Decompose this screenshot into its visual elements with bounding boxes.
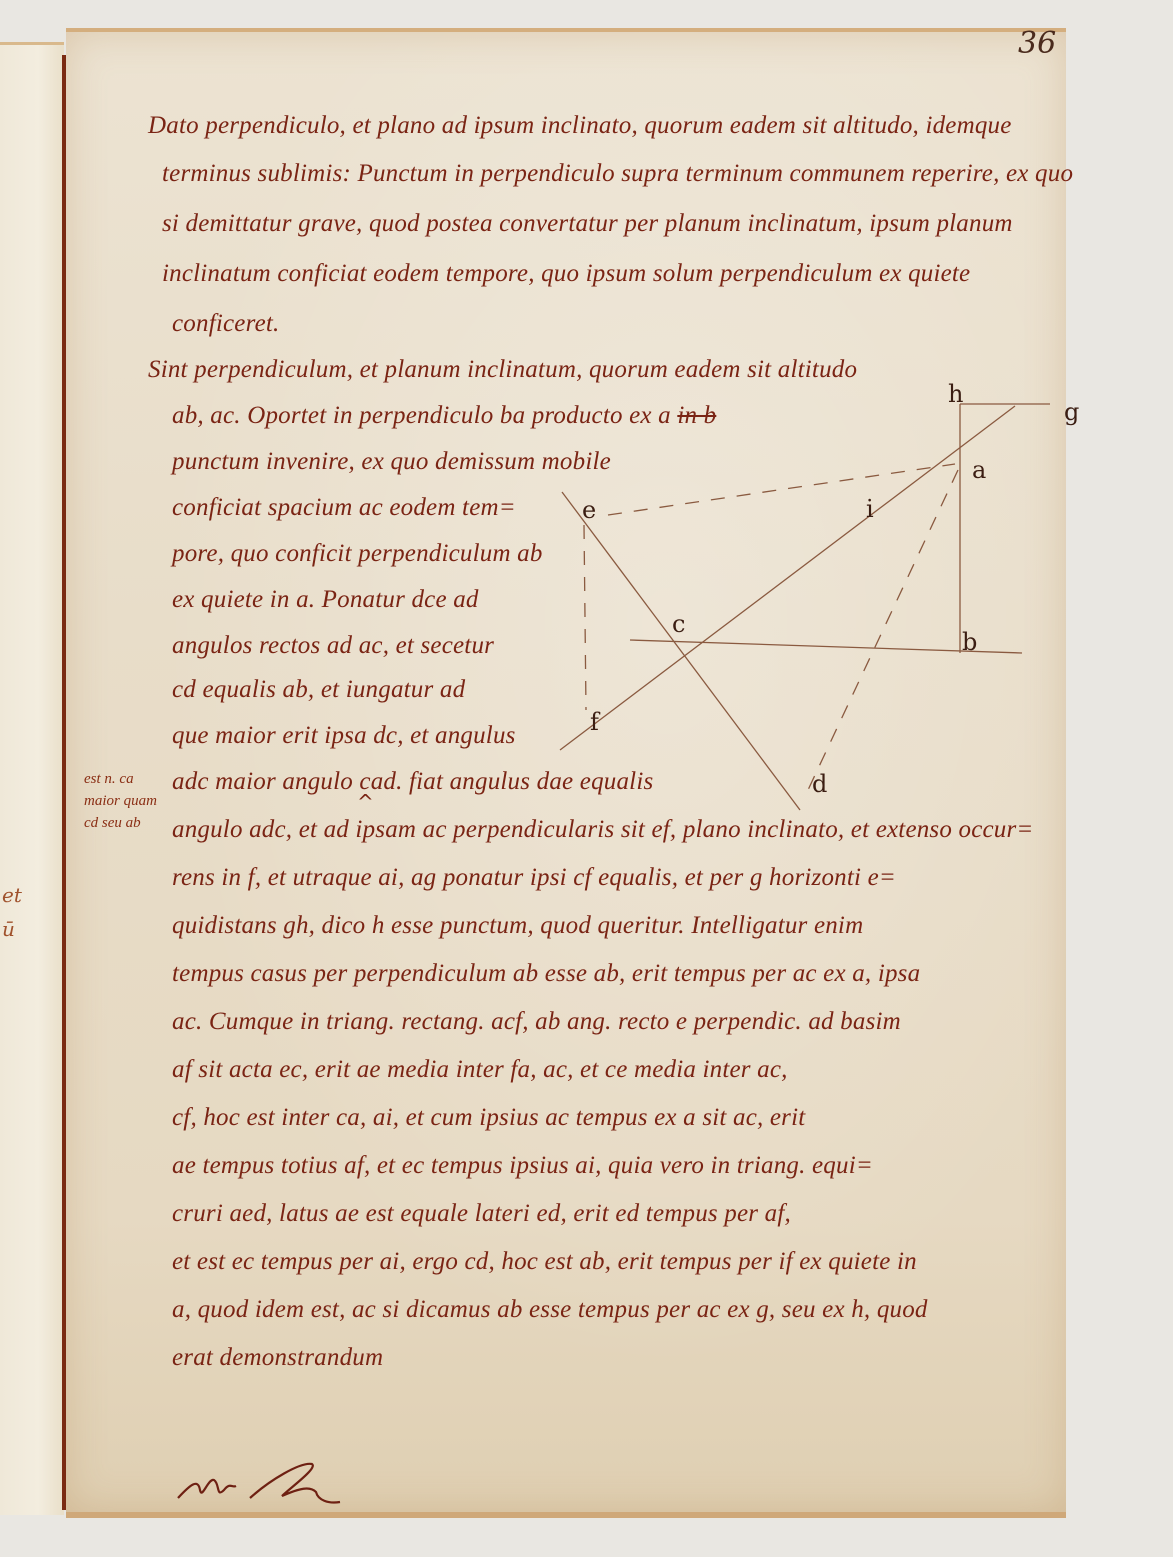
insertion-caret: ^: [357, 790, 374, 814]
left-page-fragment: et: [2, 883, 22, 907]
heading-line: Dato perpendiculo, et plano ad ipsum inc…: [148, 112, 1012, 140]
body-line: cd equalis ab, et iungatur ad: [172, 676, 465, 704]
body-line: conficiat spacium ac eodem tem=: [172, 494, 516, 522]
body-line: ex quiete in a. Ponatur dce ad: [172, 586, 479, 614]
body-line: angulos rectos ad ac, et secetur: [172, 632, 494, 660]
margin-note-line: est n. ca: [84, 768, 157, 790]
struck-text: in b: [677, 402, 716, 429]
margin-note-line: cd seu ab: [84, 812, 157, 834]
body-line: erat demonstrandum: [172, 1344, 383, 1372]
heading-line: si demittatur grave, quod postea convert…: [162, 210, 1013, 238]
body-line: rens in f, et utraque ai, ag ponatur ips…: [172, 864, 896, 892]
body-line: ac. Cumque in triang. rectang. acf, ab a…: [172, 1008, 901, 1036]
body-line: Sint perpendiculum, et planum inclinatum…: [148, 356, 857, 384]
point-label-g: g: [1064, 398, 1079, 426]
left-facing-page: et ū: [0, 42, 64, 1515]
body-line: tempus casus per perpendiculum ab esse a…: [172, 960, 920, 988]
heading-line: conficeret.: [172, 310, 279, 338]
body-line-text: ab, ac. Oportet in perpendiculo ba produ…: [172, 402, 671, 429]
body-line: a, quod idem est, ac si dicamus ab esse …: [172, 1296, 928, 1324]
body-line: ae tempus totius af, et ec tempus ipsius…: [172, 1152, 873, 1180]
body-line: pore, quo conficit perpendiculum ab: [172, 540, 543, 568]
body-line: quidistans gh, dico h esse punctum, quod…: [172, 912, 863, 940]
body-line: punctum invenire, ex quo demissum mobile: [172, 448, 611, 476]
body-line: que maior erit ipsa dc, et angulus: [172, 722, 516, 750]
heading-line: inclinatum conficiat eodem tempore, quo …: [162, 260, 970, 288]
margin-note: est n. ca maior quam cd seu ab: [84, 768, 157, 834]
body-line: af sit acta ec, erit ae media inter fa, …: [172, 1056, 788, 1084]
folio-number: 36: [1018, 26, 1056, 61]
body-line: adc maior angulo cad. fiat angulus dae e…: [172, 768, 653, 796]
body-line: cf, hoc est inter ca, ai, et cum ipsius …: [172, 1104, 805, 1132]
body-line: ab, ac. Oportet in perpendiculo ba produ…: [172, 402, 716, 430]
body-line: et est ec tempus per ai, ergo cd, hoc es…: [172, 1248, 917, 1276]
heading-line: terminus sublimis: Punctum in perpendicu…: [162, 160, 1073, 188]
margin-note-line: maior quam: [84, 790, 157, 812]
body-line: cruri aed, latus ae est equale lateri ed…: [172, 1200, 791, 1228]
body-line: angulo adc, et ad ipsam ac perpendicular…: [172, 816, 1034, 844]
left-page-fragment: ū: [2, 917, 15, 941]
